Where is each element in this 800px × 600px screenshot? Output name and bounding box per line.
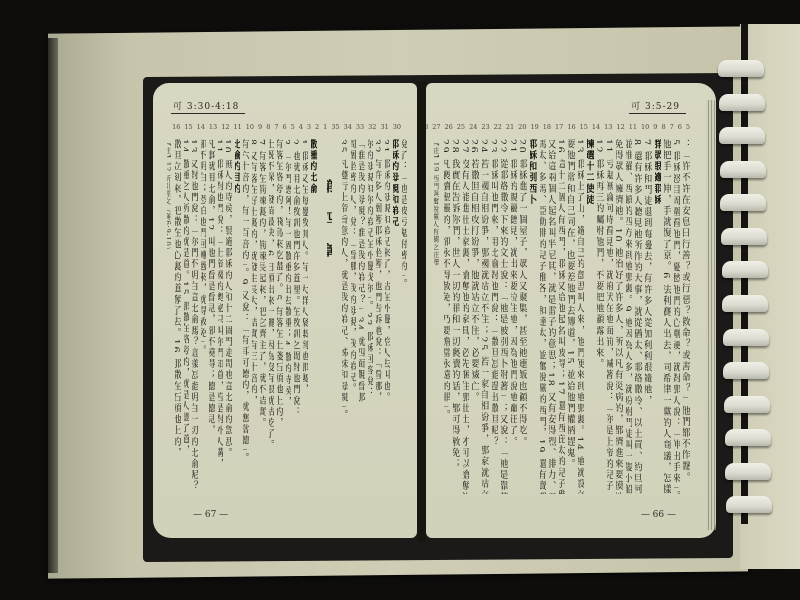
text-column: 7 有落在荊棘裏的，荊棘長起來，把它擠住了，就不結實。: [260, 139, 265, 494]
left-verse-numbers: 30313233343512345678910111213141516: [171, 123, 401, 131]
verse-number: 27: [432, 123, 440, 131]
text-column: 29 凡褻瀆聖靈的，卻永不得赦免，乃要擔當永遠的罪」。: [444, 139, 451, 494]
section-heading: 比喻的目的: [235, 139, 240, 494]
text-column: 24 若一國自相紛爭，那國就站立不住；25 若一家自相紛爭，那家就站立不住。: [482, 139, 489, 494]
verse-number: 1: [323, 123, 327, 131]
verse-number: 11: [233, 123, 241, 131]
verse-number: 8: [661, 123, 665, 131]
text-column: 5 耶穌怒目周圍看他們，憂愁他們的心剛硬，就對那人說：「伸出手來」。: [674, 139, 681, 494]
verse-number: 30: [393, 123, 401, 131]
spiral-ring: [721, 228, 767, 245]
text-column: 7 耶穌和門徒退到海邊去，有許多人從加利利跟隨祂，: [645, 139, 652, 494]
section-heading: 撒種的比喻: [311, 139, 316, 494]
text-column: 2 祂就用比喻教訓他們許多道理。在教訓之間對他們說：: [294, 139, 299, 494]
verse-number: 12: [616, 123, 624, 131]
spiral-ring: [719, 127, 765, 144]
text-column: 馬太、多馬、亞勒腓的兒子雅各，和達太，並奮銳黨的西門，19 還有賣耶穌的加略人猶…: [540, 139, 547, 494]
verse-number: 16: [567, 123, 575, 131]
text-column: 3 「你們聽啊！有一個撒種的出去撒種；4 撒的時候，: [286, 139, 291, 494]
text-column: 35 凡遵行上帝旨意的人，就是我的弟兄、姊妹和母親」。: [342, 139, 347, 494]
text-column: 10 無人的時候，跟隨耶穌的人和十二個門徒問祂這比喻的意思。: [226, 139, 231, 494]
spiral-ring: [725, 463, 771, 480]
spiral-ring: [720, 194, 766, 211]
verse-number: 14: [592, 123, 600, 131]
verse-number: 32: [368, 123, 376, 131]
verse-number: 17: [555, 123, 563, 131]
verse-number: 26: [445, 123, 453, 131]
verse-number: 18: [543, 123, 551, 131]
text-column: 13 又對他們說：「你們不明白這比喻嗎？這樣怎能明白一切的比喻呢？: [192, 139, 197, 494]
book-gutter: [417, 82, 426, 542]
text-column: 21 耶穌的親屬聽見，就出來要拉住祂，因為他們說祂癲狂了。: [511, 139, 518, 494]
right-page-number: — 66 —: [641, 510, 676, 520]
text-column: 13 耶穌上了山，隨自己的意思叫人來，他們便來到祂那裏。14 祂就設立十二個人，: [578, 139, 585, 494]
text-column: 32 有許多人圍著耶穌坐著，他們告訴祂說：「看哪，: [376, 139, 381, 494]
verse-number: 31: [380, 123, 388, 131]
text-column: 8 又有落在好土裏的，就發生長大，結實有三十倍的，: [252, 139, 257, 494]
text-column: 有落在路旁的，飛鳥來吃盡了。5 有落在土淺石頭地上的，: [277, 139, 282, 494]
verse-number: 23: [481, 123, 489, 131]
section-heading: 耶穌和別西卜: [530, 139, 537, 494]
text-column: 周圍坐著的人，說：「看哪，我的母親，我的弟兄。: [351, 139, 356, 494]
verse-number: 21: [506, 123, 514, 131]
verse-number: 11: [629, 123, 637, 131]
chapter-heading: 第四章: [327, 139, 332, 534]
left-page-number: — 67 —: [193, 510, 228, 520]
spiral-ring: [723, 329, 769, 346]
spiral-ring: [718, 60, 764, 77]
text-column: 免得眾人擁擠祂。10 祂治好了許多人，所以凡有災病的，都擠進來要摸祂。: [616, 139, 623, 494]
text-column: 又給這兩個人起名叫半尼其，就是雷子的意思；18 又有安得烈、腓力、巴多羅買、: [549, 139, 556, 494]
verse-number: 6: [282, 123, 286, 131]
verse-number: 22: [494, 123, 502, 131]
spiral-ring: [720, 161, 766, 178]
verse-number: 15: [184, 123, 192, 131]
photo-scene: 可 3:30-4:18 3031323334351234567891011121…: [0, 0, 800, 600]
text-column: 卻不明白；恐怕他們回轉過來，就得赦免」。: [201, 139, 206, 494]
text-column: 20 耶穌進了一個屋子，眾人又聚集，甚至祂連飯也顧不得吃。: [520, 139, 527, 494]
text-column: 你的母親和你的弟兄在外邊找你」。33 耶穌回答說：: [368, 139, 373, 494]
verse-number: 5: [291, 123, 295, 131]
spiral-ring: [725, 429, 771, 446]
text-column: 22 從耶路撒冷下來的文士說：「祂是被別西卜附著」；又說：「祂是靠著鬼王趕鬼」。: [501, 139, 508, 494]
verse-number: 7: [670, 123, 674, 131]
text-column: 說了：「祂是被污鬼附著的」。: [402, 139, 407, 494]
spiral-binding: [718, 60, 778, 540]
verse-number: 13: [604, 123, 612, 131]
verse-number: 25: [457, 123, 465, 131]
spiral-ring: [726, 496, 772, 513]
text-column: 有六十倍的，有一百倍的」。9 又說：「有耳可聽的，就應當聽」。: [243, 139, 248, 494]
text-column: 14 撒種之人所撒的就是道。15 那撒在路旁的，就是人聽了道，: [184, 139, 189, 494]
verse-number: 19: [530, 123, 538, 131]
verse-number: 8: [266, 123, 270, 131]
text-column: 「誰是我的母親？誰是我的弟兄？」34 就四面觀看那: [359, 139, 364, 494]
verse-number: 20: [518, 123, 526, 131]
text-column: 11 污鬼無論何時看見祂，就俯伏在祂面前，喊著說：「你是上帝的兒子」。: [607, 139, 614, 494]
right-running-head: 可 3:5-29: [629, 99, 686, 114]
text-column: 土既不深，發苗最快，6 日頭出來一曬，因為沒有根就枯乾了。: [269, 139, 274, 494]
text-column: 27 沒有人能進壯士家裏，搶奪他的家具，必先捆住那壯士，才可以搶奪他的家。: [463, 139, 470, 494]
verse-number: 4: [299, 123, 303, 131]
verse-number: 12: [221, 123, 229, 131]
verse-number: 24: [469, 123, 477, 131]
text-column: 12 耶穌再三的囑咐他們，不要把祂顯露出來。: [597, 139, 604, 494]
text-column: 撒但立刻來，把撒在他心裏的道奪了去。16 那撒在石頭地上的，: [175, 139, 180, 494]
spiral-ring: [724, 396, 770, 413]
text-column: 26 若撒但自相攻打紛爭，他就站立不住，必要滅亡。: [472, 139, 479, 494]
right-verse-numbers: 5678910111213141516171819202122232425262…: [440, 123, 690, 131]
verse-number: 9: [258, 123, 262, 131]
text-column: 28 我實在告訴你們，世人一切的罪和一切褻瀆的話，都可得赦免；: [453, 139, 460, 494]
verse-number: 35: [331, 123, 339, 131]
text-column: 凡事就用比喻，12 叫他們看是看見，卻不曉得；聽是聽見，: [209, 139, 214, 494]
section-heading: 耶穌的母親和弟兄: [393, 139, 398, 494]
verse-number: 7: [274, 123, 278, 131]
text-column: 1 耶穌又在海邊教訓人。有一大群人聚集到祂那裏，: [303, 139, 308, 494]
right-text-columns: ：「許不許在安息日行善？或行惡？救命？或害命？」他們都不作聲。5 耶穌怒目周圍看…: [434, 139, 690, 494]
text-column: 11 耶穌對他們說：「上帝國的奧秘只叫你們知道，若是對外人講，: [218, 139, 223, 494]
column-spacer: [335, 139, 339, 494]
verse-number: 10: [641, 123, 649, 131]
text-column: 8 還有許多人聽見祂所作的大事，就從猶太、耶路撒冷、以土買、約旦河外，: [635, 139, 642, 494]
verse-number: 13: [209, 123, 217, 131]
left-page: 可 3:30-4:18 3031323334351234567891011121…: [153, 83, 417, 538]
verse-number: 3: [307, 123, 311, 131]
text-column: 31 耶穌的母親和弟兄來了，站在外邊，差人去叫祂。: [385, 139, 390, 494]
verse-number: 33: [356, 123, 364, 131]
left-running-head: 可 3:30-4:18: [171, 99, 245, 114]
right-page: 可 3:5-29 5678910111213141516171819202122…: [426, 83, 716, 538]
verse-number: 10: [246, 123, 254, 131]
verse-number: 2: [315, 123, 319, 131]
spiral-ring: [722, 295, 768, 312]
verse-number: 9: [653, 123, 657, 131]
spiral-ring: [723, 362, 769, 379]
verse-number: 6: [678, 123, 682, 131]
footnote: 【註】12 所引經文（賽6:9-10）: [167, 139, 172, 494]
page-block-edge: [706, 100, 716, 530]
text-column: 23 耶穌叫他們來，用比喻對他們說：「撒但怎能趕出撒但呢？: [492, 139, 499, 494]
text-column: 要他們常和自己同在，也要差他們去傳道，15 並給他們權柄趕鬼。: [568, 139, 575, 494]
text-column: 他把手一伸，手就復了原。6 法利賽人出去，同希律一黨的人商議，怎樣可以除滅耶穌。: [664, 139, 671, 494]
text-column: 16 這十二個人有西門，耶穌又給他起名叫彼得；17 還有西庇太的兒子雅各和雅各的…: [559, 139, 566, 494]
text-column: ：「許不許在安息日行善？或行惡？救命？或害命？」他們都不作聲。: [683, 139, 690, 494]
binder-left-edge: [48, 38, 58, 573]
spiral-ring: [722, 261, 768, 278]
verse-number: 5: [686, 123, 690, 131]
left-text-columns: 說了：「祂是被污鬼附著的」。耶穌的母親和弟兄31 耶穌的母親和弟兄來了，站在外邊…: [167, 139, 407, 494]
verse-number: 34: [344, 123, 352, 131]
text-column: 並推羅、西頓的四方來到祂那裏。9 祂因為人多，就吩咐門徒叫一隻小船伺候著，: [626, 139, 633, 494]
spiral-ring: [719, 94, 765, 111]
column-spacer: [320, 139, 324, 494]
verse-number: 16: [172, 123, 180, 131]
verse-number: 14: [197, 123, 205, 131]
verse-number: 15: [580, 123, 588, 131]
section-heading: 揀選十二使徒: [587, 139, 594, 494]
footnote: 【註】19 西門與奮銳黨人有關之註釋: [434, 139, 441, 494]
verse-number: 28: [426, 123, 428, 131]
section-heading: 群眾跟隨耶穌: [655, 139, 662, 494]
